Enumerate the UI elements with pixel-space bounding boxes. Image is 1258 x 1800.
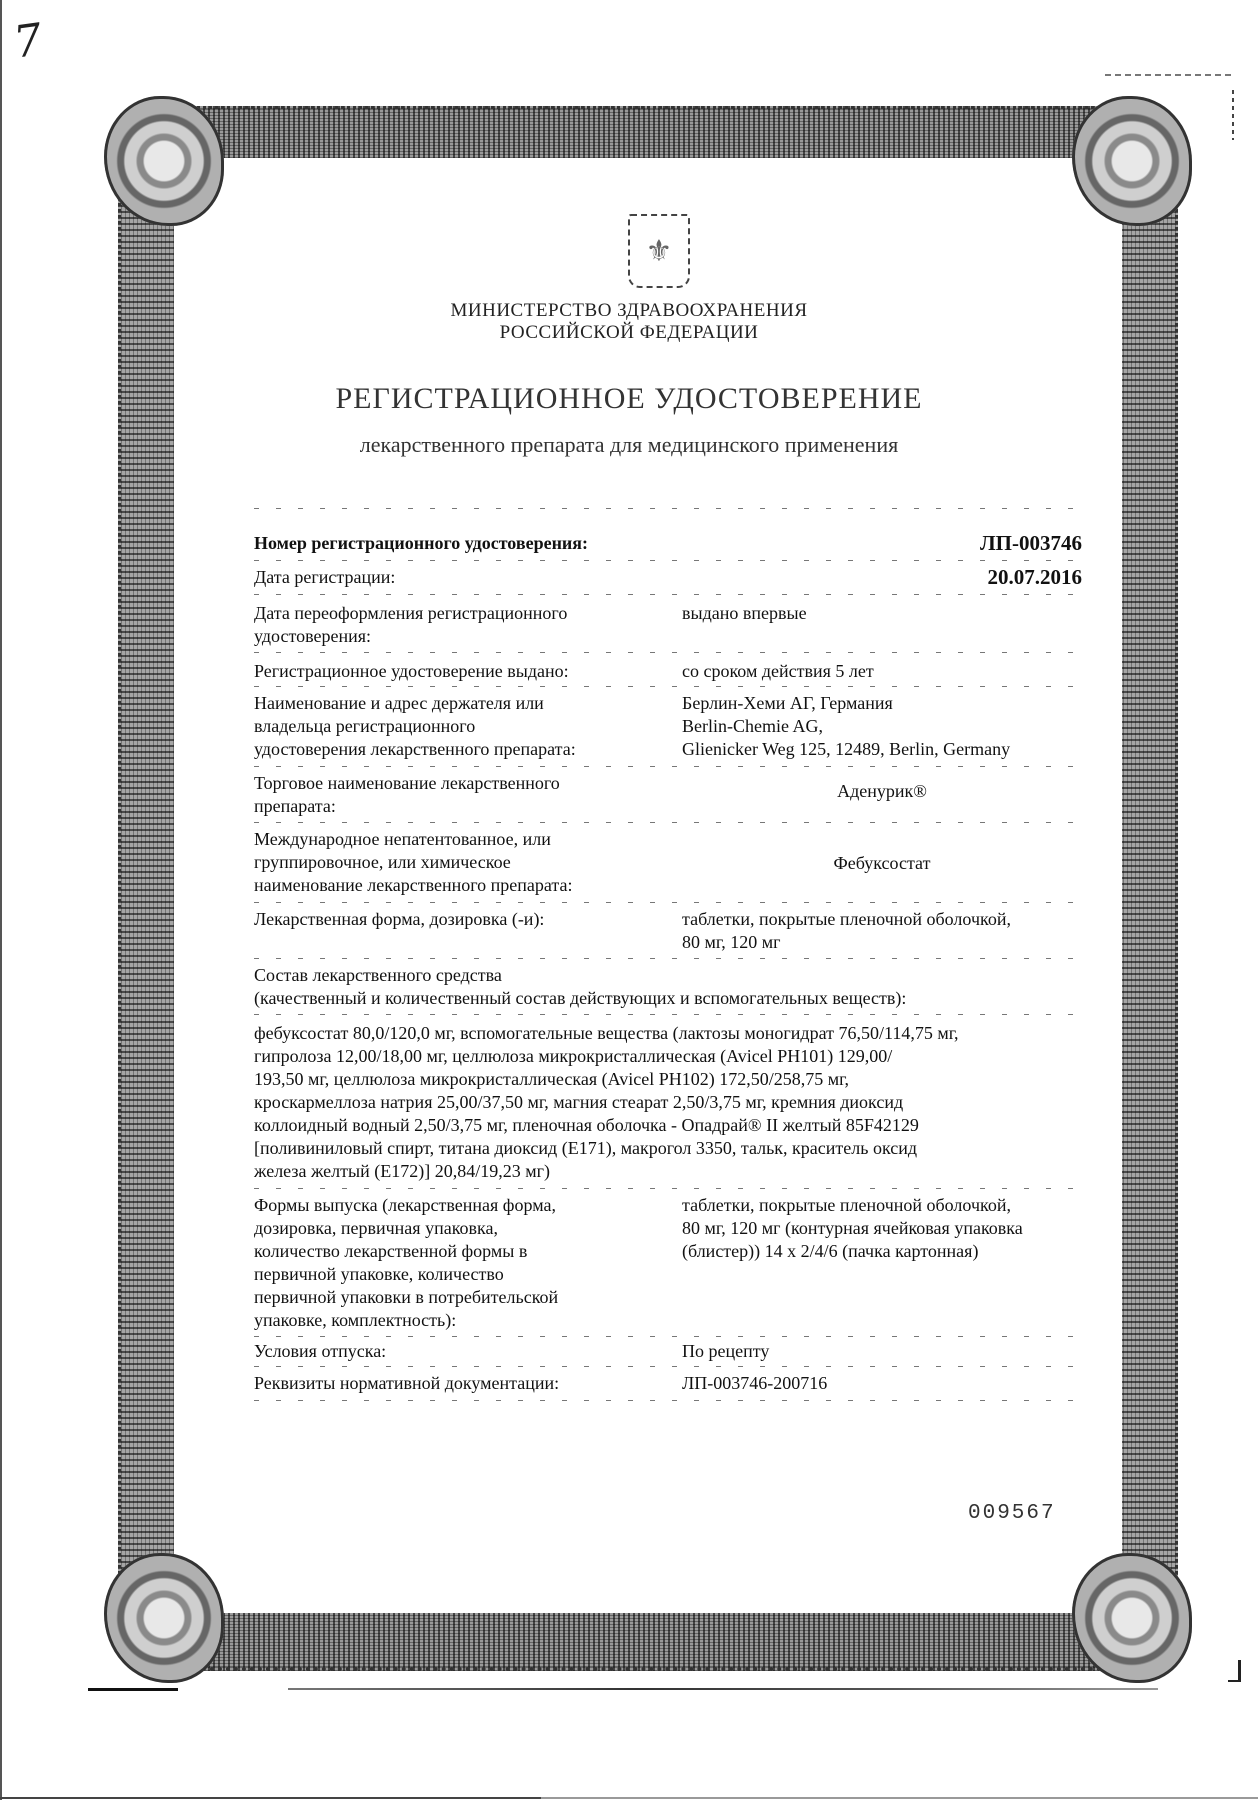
issued-value: со сроком действия 5 лет xyxy=(682,660,1082,683)
row-separator xyxy=(254,508,1084,509)
row-separator xyxy=(254,1366,1084,1367)
handwritten-page-number: 7 xyxy=(11,14,46,68)
document-subtitle: лекарственного препарата для медицинског… xyxy=(0,432,1258,458)
holder-value: Берлин-Хеми АГ, Германия Berlin-Chemie A… xyxy=(682,692,1082,761)
serial-number: 009567 xyxy=(968,1502,1056,1525)
row-separator xyxy=(254,560,1084,561)
reg-number-label: Номер регистрационного удостоверения: xyxy=(254,532,674,555)
row-separator xyxy=(254,1336,1084,1337)
dosage-form-value: таблетки, покрытые пленочной оболочкой, … xyxy=(682,908,1082,954)
row-separator xyxy=(254,1014,1084,1015)
scan-left-edge xyxy=(0,0,2,1800)
frame-band-bottom xyxy=(178,1606,1118,1671)
composition-line: коллоидный водный 2,50/3,75 мг, пленочна… xyxy=(254,1114,1084,1137)
composition-heading: Состав лекарственного средства xyxy=(254,964,1084,987)
row-separator xyxy=(254,652,1084,653)
composition-line: [поливиниловый спирт, титана диоксид (E1… xyxy=(254,1137,1084,1160)
dispensing-label: Условия отпуска: xyxy=(254,1340,674,1363)
dispensing-value: По рецепту xyxy=(682,1340,1082,1363)
normative-docs-label: Реквизиты нормативной документации: xyxy=(254,1372,674,1395)
reg-date-value: 20.07.2016 xyxy=(682,566,1082,589)
inn-value: Фебуксостат xyxy=(682,852,1082,875)
composition-body: фебуксостат 80,0/120,0 мг, вспомогательн… xyxy=(254,1022,1084,1183)
scan-corner-mark xyxy=(1228,1660,1241,1682)
composition-heading-detail: (качественный и количественный состав де… xyxy=(254,987,1084,1010)
composition-line: 193,50 мг, целлюлоза микрокристаллическа… xyxy=(254,1068,1084,1091)
ministry-name-line2: РОССИЙСКОЙ ФЕДЕРАЦИИ xyxy=(0,322,1258,344)
composition-section: Состав лекарственного средства (качестве… xyxy=(254,964,1084,1010)
composition-line: железа желтый (E172)] 20,84/19,23 мг) xyxy=(254,1160,1084,1183)
row-separator xyxy=(254,766,1084,767)
composition-line: кроскармеллоза натрия 25,00/37,50 мг, ма… xyxy=(254,1091,1084,1114)
release-forms-value: таблетки, покрытые пленочной оболочкой, … xyxy=(682,1194,1082,1263)
dosage-form-label: Лекарственная форма, дозировка (-и): xyxy=(254,908,674,931)
scan-bottom-edge xyxy=(0,1797,1258,1799)
row-separator xyxy=(254,686,1084,687)
composition-line: фебуксостат 80,0/120,0 мг, вспомогательн… xyxy=(254,1022,1084,1045)
reissue-date-value: выдано впервые xyxy=(682,602,1082,625)
ministry-name-line1: МИНИСТЕРСТВО ЗДРАВООХРАНЕНИЯ xyxy=(0,300,1258,322)
row-separator xyxy=(254,1188,1084,1189)
frame-band-top xyxy=(178,106,1118,164)
reg-number-value: ЛП-003746 xyxy=(682,532,1082,555)
inn-label: Международное непатентованное, или групп… xyxy=(254,828,674,897)
normative-docs-value: ЛП-003746-200716 xyxy=(682,1372,1082,1395)
row-separator xyxy=(254,958,1084,959)
frame-corner-rosette-icon xyxy=(104,1553,224,1683)
row-separator xyxy=(254,902,1084,903)
row-separator xyxy=(254,594,1084,595)
holder-label: Наименование и адрес держателя или владе… xyxy=(254,692,674,761)
row-separator xyxy=(254,822,1084,823)
composition-line: гипролоза 12,00/18,00 мг, целлюлоза микр… xyxy=(254,1045,1084,1068)
trade-name-label: Торговое наименование лекарственного пре… xyxy=(254,772,674,818)
coat-of-arms-icon: ⚜ xyxy=(628,214,690,288)
reg-date-label: Дата регистрации: xyxy=(254,566,674,589)
scan-noise-right xyxy=(1232,90,1234,140)
row-separator xyxy=(254,1400,1084,1401)
scan-noise-top-right xyxy=(1105,74,1235,76)
document-title: РЕГИСТРАЦИОННОЕ УДОСТОВЕРЕНИЕ xyxy=(0,382,1258,416)
scan-bottom-rule xyxy=(88,1688,1068,1690)
reissue-date-label: Дата переоформления регистрационного удо… xyxy=(254,602,674,648)
release-forms-label: Формы выпуска (лекарственная форма, дози… xyxy=(254,1194,674,1332)
trade-name-value: Аденурик® xyxy=(682,780,1082,803)
issued-label: Регистрационное удостоверение выдано: xyxy=(254,660,674,683)
